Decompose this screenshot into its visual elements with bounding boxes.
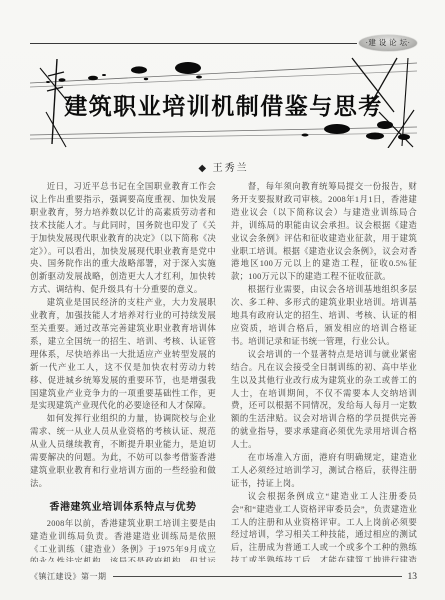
header-rule (30, 43, 357, 44)
paragraph: 根据行业需要，由议会各培训基地组织多层次、多工种、多形式的建筑业职业培训。培训基… (231, 284, 417, 349)
page-header: ·建 设 论 坛· (30, 34, 417, 52)
page-footer: 《镇江建设》第一期 13 (30, 571, 417, 582)
right-column: 督，每年须向教育统筹局提交一份报告，财务开支要报财政司审核。2008年1月1日，… (231, 181, 417, 562)
left-column: 近日，习近平总书记在全国职业教育工作会议上作出重要指示，强调要高度重视、加快发展… (30, 181, 216, 562)
paragraph: 督，每年须向教育统筹局提交一份报告，财务开支要报财政司审核。2008年1月1日，… (231, 181, 417, 284)
author-line: ◆ 王秀兰 (30, 159, 417, 174)
body-columns: 近日，习近平总书记在全国职业教育工作会议上作出重要指示，强调要高度重视、加快发展… (30, 181, 417, 562)
section-heading: 香港建筑业培训体系特点与优势 (30, 498, 216, 513)
paragraph: 议会根据条例成立“建造业工人注册委员会”和“建造业工人资格评审委员会”，负责建造… (231, 491, 417, 562)
section-badge: ·建 设 论 坛· (359, 35, 417, 51)
footer-rule (113, 576, 402, 577)
journal-title: 《镇江建设》第一期 (30, 571, 107, 582)
page-number: 13 (408, 572, 418, 582)
paragraph: 如何发挥行业组织的力量，协调院校与企业需求、统一从业人员从业资格的考核认证、规范… (30, 413, 216, 490)
paragraph: 在市场准入方面，港府有明确规定，建造业工人必须经过培训学习，测试合格后，获得注册… (231, 452, 417, 491)
title-artwork: 建筑职业培训机制借鉴与思考 (30, 56, 417, 148)
paragraph: 2008年以前，香港建筑业职工培训主要是由建造业训练局负责。香港建造业训练局是依… (30, 518, 216, 562)
paragraph: 议会培训的一个显著特点是培训与就业紧密结合。凡在议会接受全日制训练的初、高中毕业… (231, 349, 417, 452)
article-title: 建筑职业培训机制借鉴与思考 (30, 88, 417, 121)
paragraph: 近日，习近平总书记在全国职业教育工作会议上作出重要指示，强调要高度重视、加快发展… (30, 181, 216, 297)
document-page: ·建 设 论 坛· (0, 0, 445, 600)
paragraph: 建筑业是国民经济的支柱产业，大力发展职业教育，加强技能人才培养对行业的可持续发展… (30, 297, 216, 413)
